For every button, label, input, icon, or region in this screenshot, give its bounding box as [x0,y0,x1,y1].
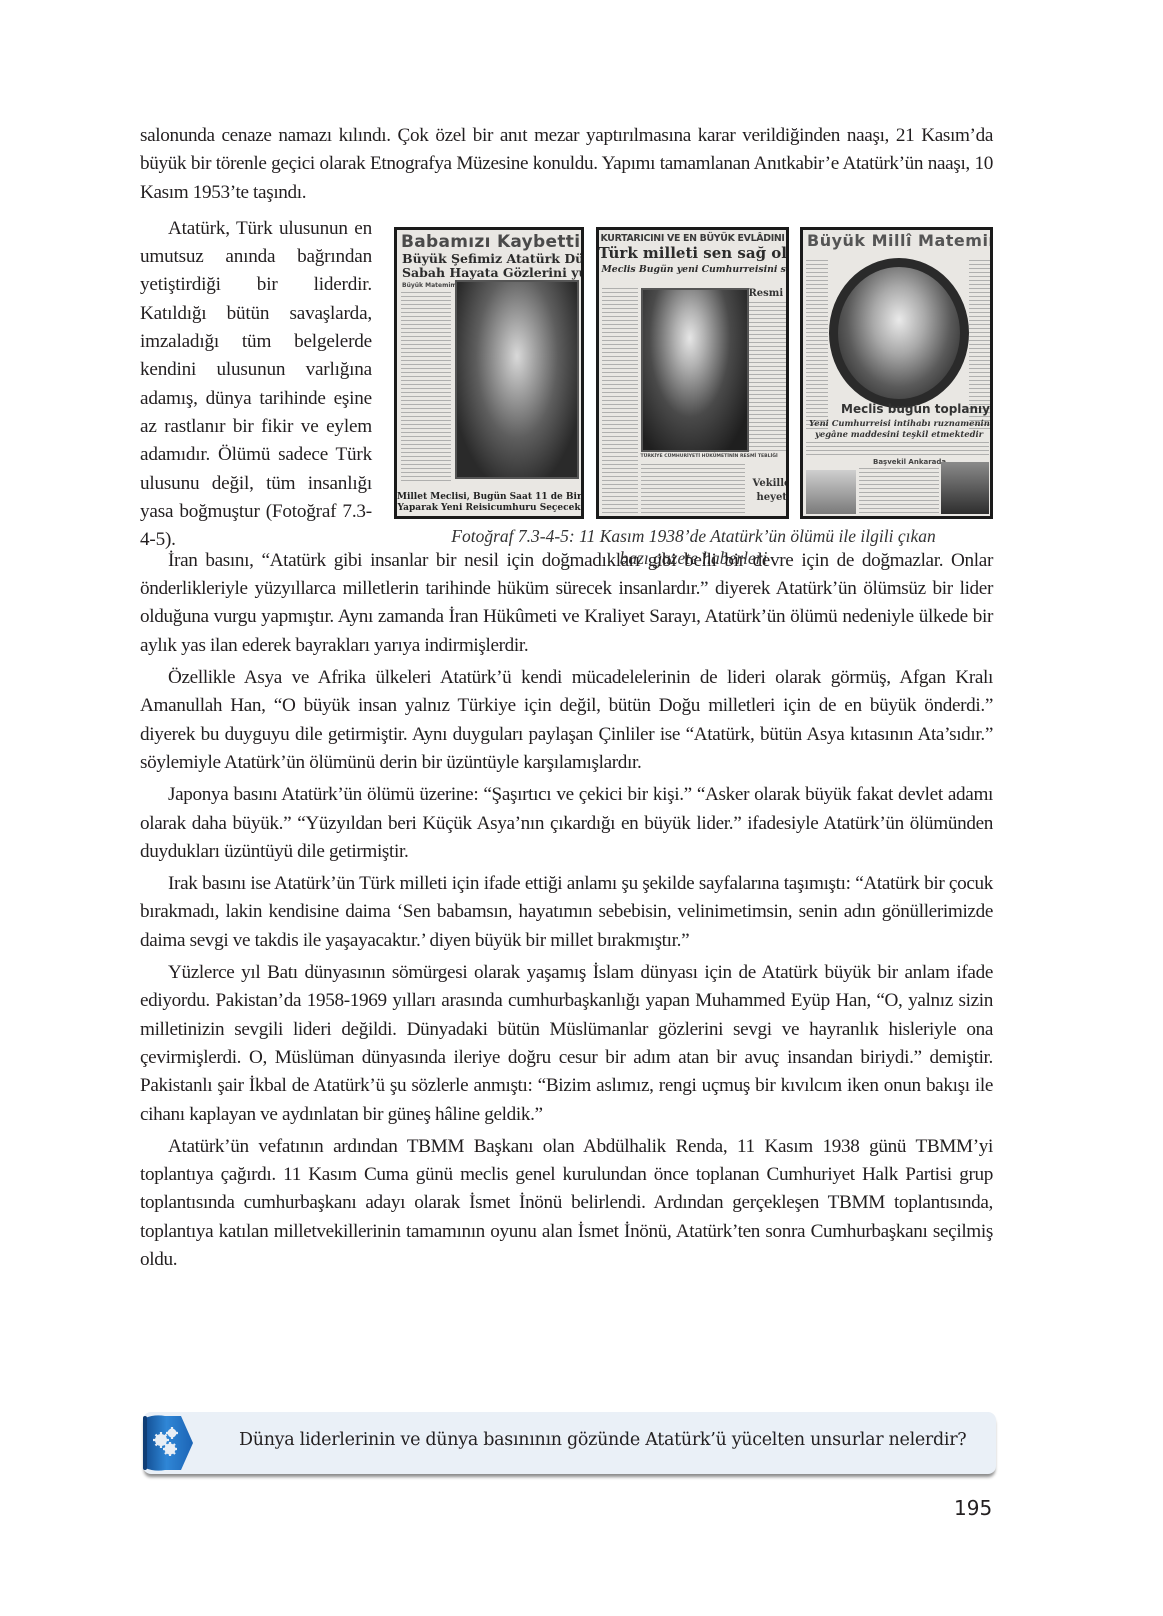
question-text: Dünya liderlerinin ve dünya basınının gö… [239,1430,966,1450]
newspaper-figure: Babamızı Kaybettik Büyük Şefimiz Atatürk… [394,215,993,569]
side-column: Atatürk, Türk ulusunun en umutsuz anında… [140,215,372,555]
page-content: salonunda cenaze namazı kılındı. Çok öze… [140,122,993,1278]
newspaper-headline: Meclis bugün toplanıyor [841,402,993,416]
portrait-photo [641,288,749,452]
portrait-photo [829,258,969,408]
newspaper-image-1: Babamızı Kaybettik Büyük Şefimiz Atatürk… [394,227,584,519]
paragraph-japan: Japonya basını Atatürk’ün ölümü üzerine:… [140,781,993,866]
intro-paragraph: salonunda cenaze namazı kılındı. Çok öze… [140,122,993,207]
paragraph-islamic-world: Yüzlerce yıl Batı dünyasının sömürgesi o… [140,959,993,1129]
paragraph-iraq: Irak basını ise Atatürk’ün Türk milleti … [140,870,993,955]
newspaper-subheadline: yegâne maddesini teşkil etmektedir [815,429,983,439]
newspaper-image-2: KURTARICINI VE EN BÜYÜK EVLÂDINI KAYBETT… [596,227,789,519]
crowd-photo [941,462,989,514]
paragraph-asia-africa: Özellikle Asya ve Afrika ülkeleri Atatür… [140,664,993,777]
newspaper-subheadline: Meclis Bugün yeni Cumhurreisini seçiyor [599,262,786,277]
newspaper-text-columns [641,464,745,514]
newspaper-headline: Sabah Hayata Gözlerini yumdu [397,266,581,280]
newspaper-text-columns [749,302,787,452]
newspaper-masthead: Babamızı Kaybettik [397,230,581,252]
gears-icon [141,1414,203,1472]
text-with-figure: Atatürk, Türk ulusunun en umutsuz anında… [140,215,993,569]
side-paragraph: Atatürk, Türk ulusunun en umutsuz anında… [140,215,372,555]
question-box: Dünya liderlerinin ve dünya basınının gö… [143,1412,996,1474]
newspaper-image-3: Büyük Millî Matemimiz Meclis bugün topla… [800,227,993,519]
portrait-photo [455,280,579,479]
paragraph-inonu: Atatürk’ün vefatının ardından TBMM Başka… [140,1133,993,1274]
newspaper-headline: Büyük Şefimiz Atatürk Dün [397,252,581,266]
newspaper-subheadline: Yeni Cumhurreisi intihabı ruznamenin [809,418,990,428]
newspaper-text-columns [401,292,451,482]
newspaper-photo-caption: TÜRKİYE CÜMHURİYETİ HÜKÛMETİNİN RESMÎ TE… [641,454,778,459]
newspaper-text-columns [806,260,828,430]
newspaper-text-columns [602,288,638,514]
newspaper-footer: Millet Meclisi, Bugün Saat 11 de Bir Top… [397,490,581,516]
newspaper-side-title: Resmi tebliğ [749,288,789,299]
newspaper-sub-title: Başvekil Ankarada [873,458,946,466]
newspaper-text-columns [806,442,989,456]
paragraph-iran: İran basını, “Atatürk gibi insanlar bir … [140,547,993,660]
newspaper-images: Babamızı Kaybettik Büyük Şefimiz Atatürk… [394,227,993,519]
newspaper-masthead: Büyük Millî Matemimiz [803,230,990,250]
newspaper-masthead: KURTARICINI VE EN BÜYÜK EVLÂDINI KAYBETT… [599,230,786,244]
newspaper-headline: Türk milleti sen sağ ol! [599,244,786,262]
newspaper-text-columns [859,468,939,514]
street-photo [806,470,856,514]
page-number: 195 [954,1496,992,1520]
